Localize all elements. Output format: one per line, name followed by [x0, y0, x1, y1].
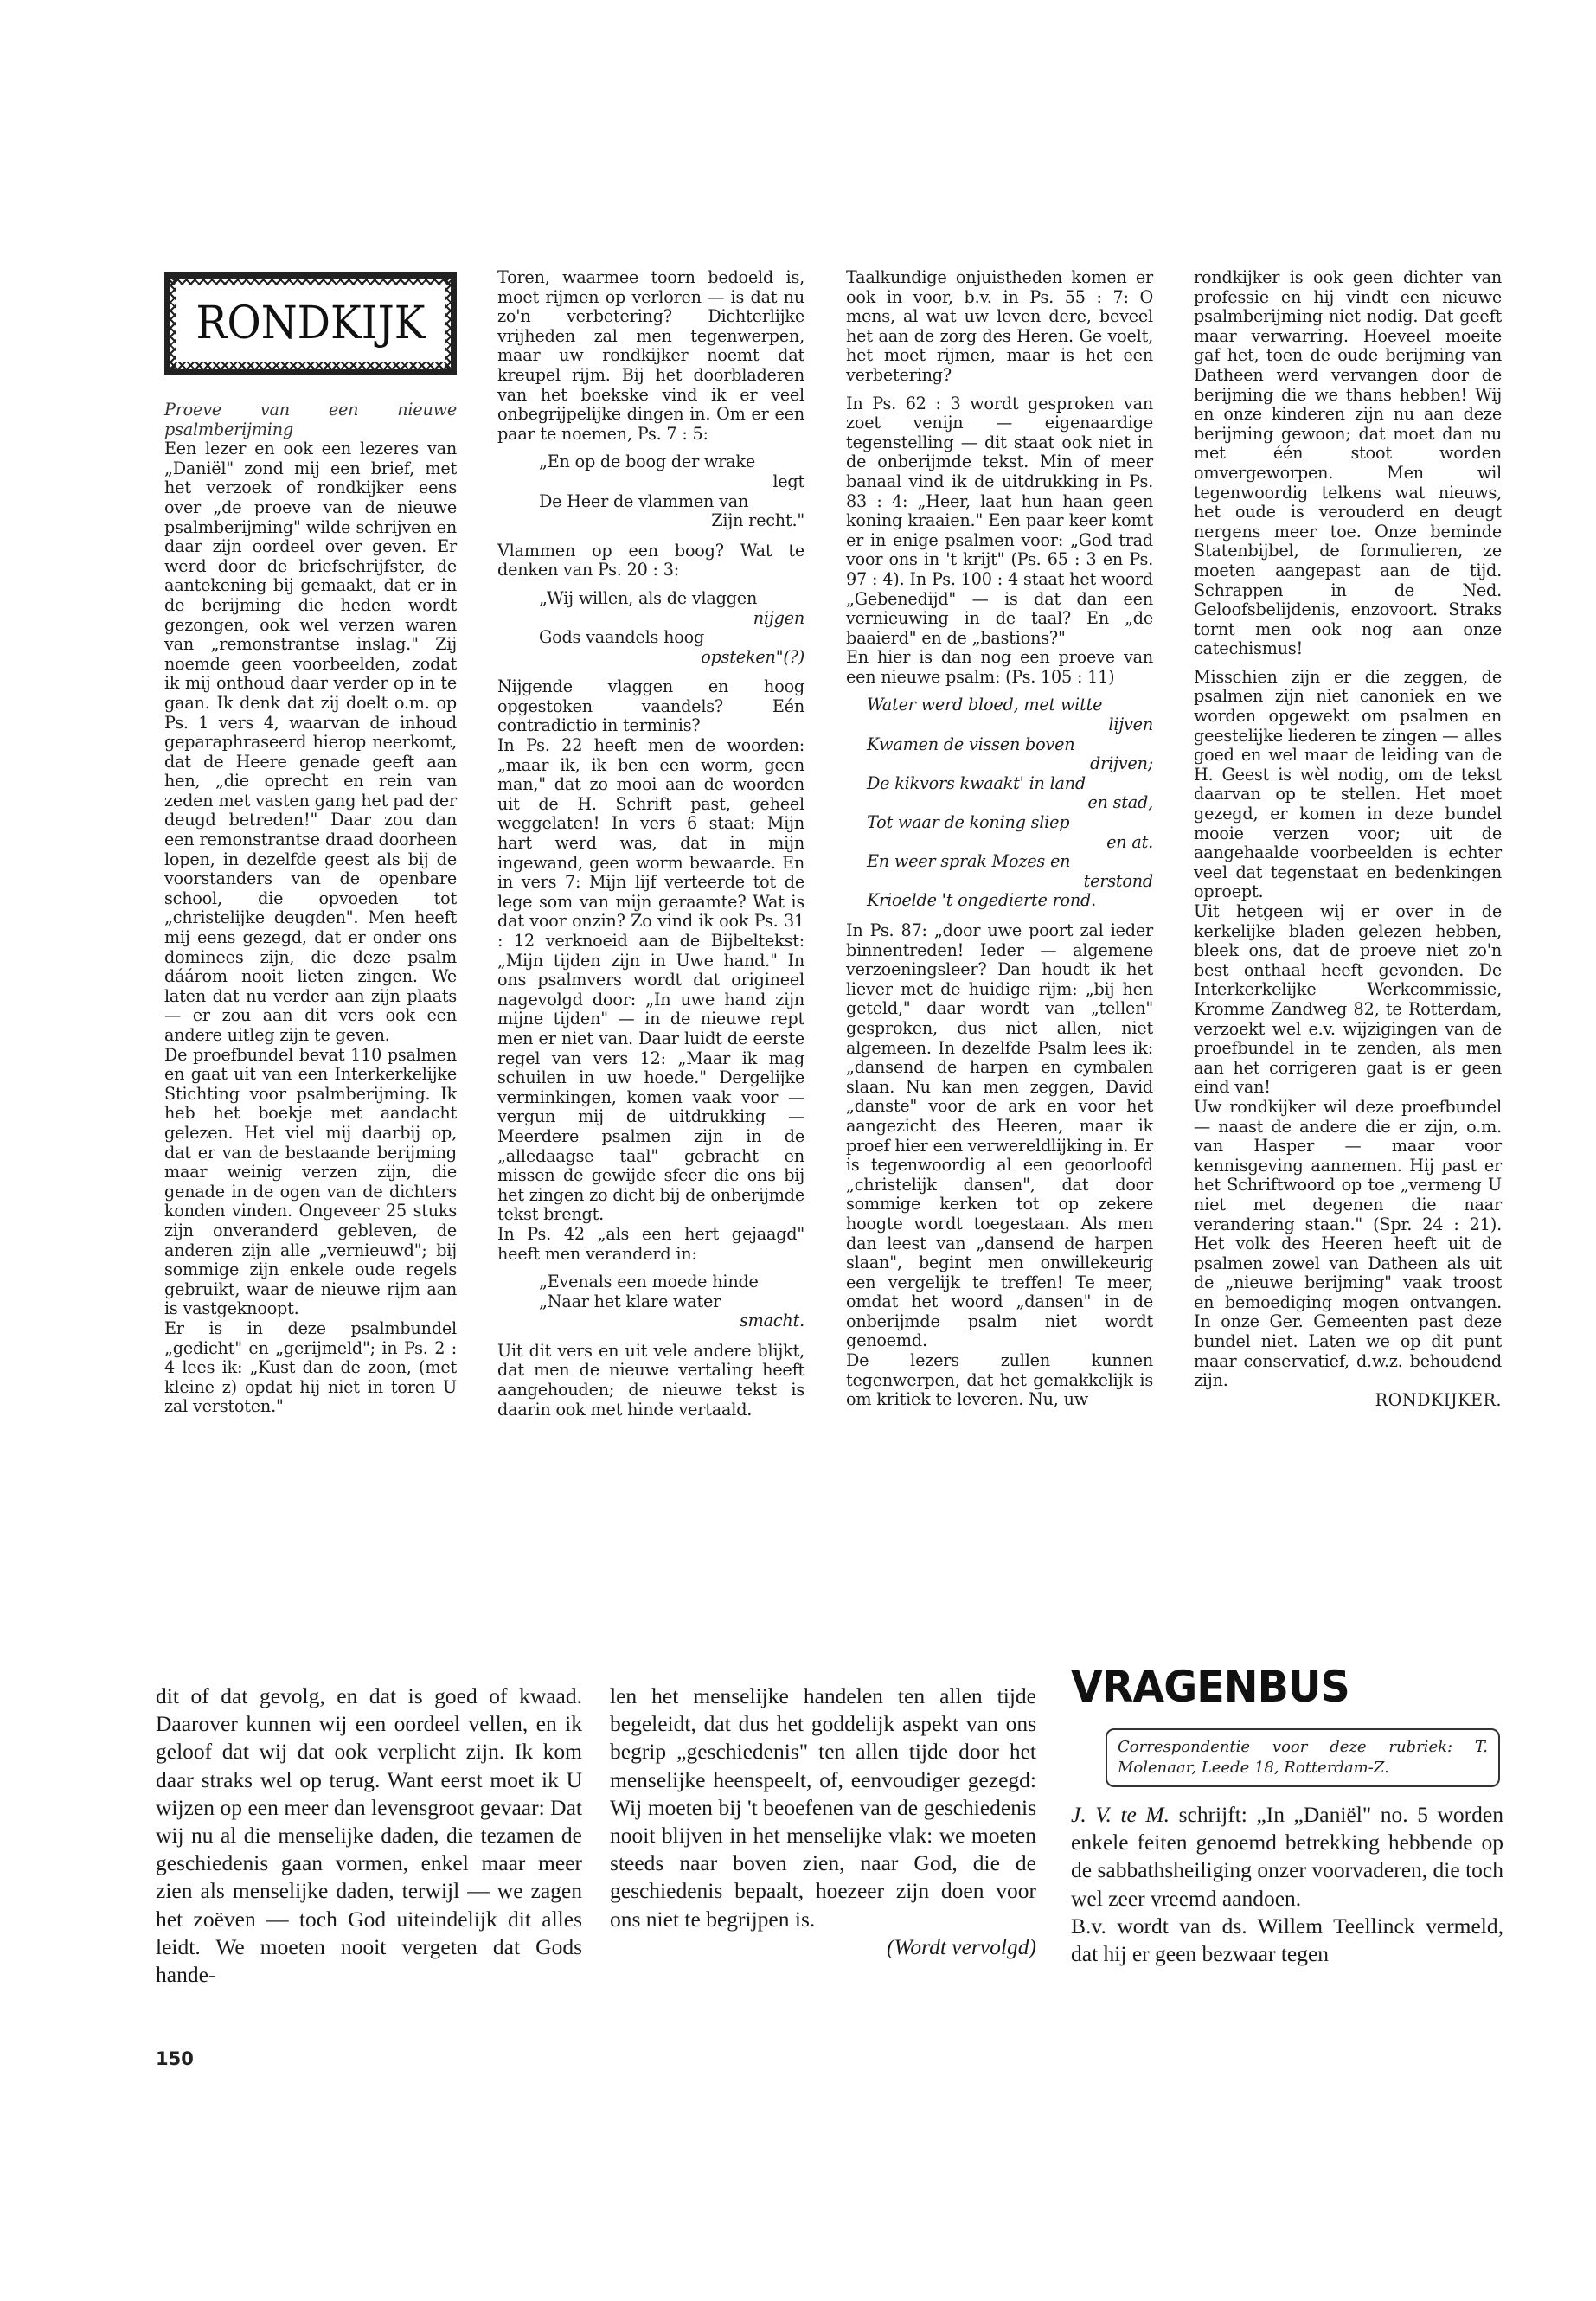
article-subtitle: Proeve van een nieuwe psalmberijming [164, 401, 457, 439]
paragraph: J. V. te M. schrijft: „In „Daniël" no. 5… [1071, 1801, 1503, 1913]
poem-line: „En op de boog der wrake [539, 452, 804, 472]
rondkijk-column-1: RONDKIJK Proeve van een nieuwe psalmberi… [164, 272, 457, 1417]
vragenbus-column: VRAGENBUS Correspondentie voor deze rubr… [1071, 1661, 1503, 1968]
poem-line: en stad, [867, 793, 1153, 813]
author-signature: RONDKIJKER. [1194, 1391, 1502, 1411]
paragraph: De proefbundel bevat 110 psalmen en gaat… [164, 1046, 457, 1319]
poem-line: Tot waar de koning sliep [867, 813, 1153, 833]
paragraph: In Ps. 42 „als een hert gejaagd" heeft m… [497, 1225, 804, 1264]
poem-quote: „Wij willen, als de vlaggen nijgen Gods … [539, 589, 804, 667]
poem-line: opsteken"(?) [539, 648, 804, 668]
ornament-pattern-icon [164, 272, 176, 375]
poem-line: „Evenals een moede hinde [539, 1272, 804, 1292]
ornament-pattern-icon [164, 272, 457, 285]
to-be-continued-note: (Wordt vervolgd) [610, 1933, 1036, 1961]
paragraph: Uit hetgeen wij er over in de kerkelijke… [1194, 902, 1502, 1098]
paragraph: Een lezer en ook een lezeres van „Daniël… [164, 439, 457, 1045]
poem-line: Gods vaandels hoog [539, 628, 804, 648]
poem-line: Water werd bloed, met witte [867, 695, 1153, 715]
poem-quote: „Evenals een moede hinde „Naar het klare… [539, 1272, 804, 1331]
page-number: 150 [156, 2048, 194, 2069]
letter-author: J. V. te M. [1071, 1802, 1170, 1827]
paragraph: Misschien zijn er die zeggen, de psalmen… [1194, 668, 1502, 902]
history-article-column-2: len het menselijke handelen ten allen ti… [610, 1682, 1036, 1961]
poem-line: En weer sprak Mozes en [867, 852, 1153, 872]
rondkijk-column-2: Toren, waarmee toorn bedoeld is, moet ri… [497, 268, 804, 1420]
poem-line: Krioelde 't ongedierte rond. [867, 891, 1153, 911]
paragraph: Uit dit vers en uit vele andere blijkt, … [497, 1342, 804, 1420]
paragraph: Er is in deze psalmbundel „gedicht" en „… [164, 1319, 457, 1417]
paragraph: Nijgende vlaggen en hoog opgestoken vaan… [497, 677, 804, 736]
paragraph: rondkijker is ook geen dichter van profe… [1194, 268, 1502, 659]
paragraph: dit of dat gevolg, en dat is goed of kwa… [156, 1682, 582, 1989]
poem-line: „Wij willen, als de vlaggen [539, 589, 804, 609]
poem-quote: Water werd bloed, met witte lijven Kwame… [867, 695, 1153, 911]
correspondence-box: Correspondentie voor deze rubriek: T. Mo… [1106, 1728, 1500, 1787]
rondkijk-column-4: rondkijker is ook geen dichter van profe… [1194, 268, 1502, 1410]
rondkijk-column-3: Taalkundige onjuistheden komen er ook in… [846, 268, 1153, 1410]
paragraph: B.v. wordt van ds. Willem Teellinck verm… [1071, 1913, 1503, 1968]
paragraph: Vlammen op een boog? Wat te denken van P… [497, 542, 804, 580]
ornament-pattern-icon [445, 272, 457, 375]
paragraph: In Ps. 87: „door uwe poort zal ieder bin… [846, 921, 1153, 1351]
poem-line: en at. [867, 833, 1153, 853]
section-title: RONDKIJK [195, 314, 425, 334]
poem-line: terstond [867, 872, 1153, 892]
poem-line: legt [539, 472, 804, 492]
paragraph: In Ps. 22 heeft men de woorden: „maar ik… [497, 736, 804, 1225]
poem-line: Kwamen de vissen boven [867, 735, 1153, 755]
poem-line: lijven [867, 715, 1153, 735]
rondkijk-title-box: RONDKIJK [164, 272, 457, 375]
paragraph: En hier is dan nog een proeve van een ni… [846, 648, 1153, 687]
paragraph: Uw rondkijker wil deze proefbundel — naa… [1194, 1098, 1502, 1391]
poem-line: De Heer de vlammen van [539, 492, 804, 512]
poem-line: drijven; [867, 754, 1153, 774]
poem-line: „Naar het klare water [539, 1292, 804, 1312]
history-article-column-1: dit of dat gevolg, en dat is goed of kwa… [156, 1682, 582, 1989]
paragraph: Toren, waarmee toorn bedoeld is, moet ri… [497, 268, 804, 444]
poem-line: smacht. [539, 1311, 804, 1331]
poem-line: Zijn recht." [539, 511, 804, 531]
paragraph: In Ps. 62 : 3 wordt gesproken van zoet v… [846, 394, 1153, 649]
ornament-pattern-icon [164, 362, 457, 375]
paragraph: De lezers zullen kunnen tegenwerpen, dat… [846, 1351, 1153, 1410]
poem-quote: „En op de boog der wrake legt De Heer de… [539, 452, 804, 530]
poem-line: De kikvors kwaakt' in land [867, 774, 1153, 794]
vragenbus-title: VRAGENBUS [1071, 1661, 1482, 1713]
poem-line: nijgen [539, 609, 804, 629]
paragraph: Taalkundige onjuistheden komen er ook in… [846, 268, 1153, 386]
paragraph: len het menselijke handelen ten allen ti… [610, 1682, 1036, 1933]
